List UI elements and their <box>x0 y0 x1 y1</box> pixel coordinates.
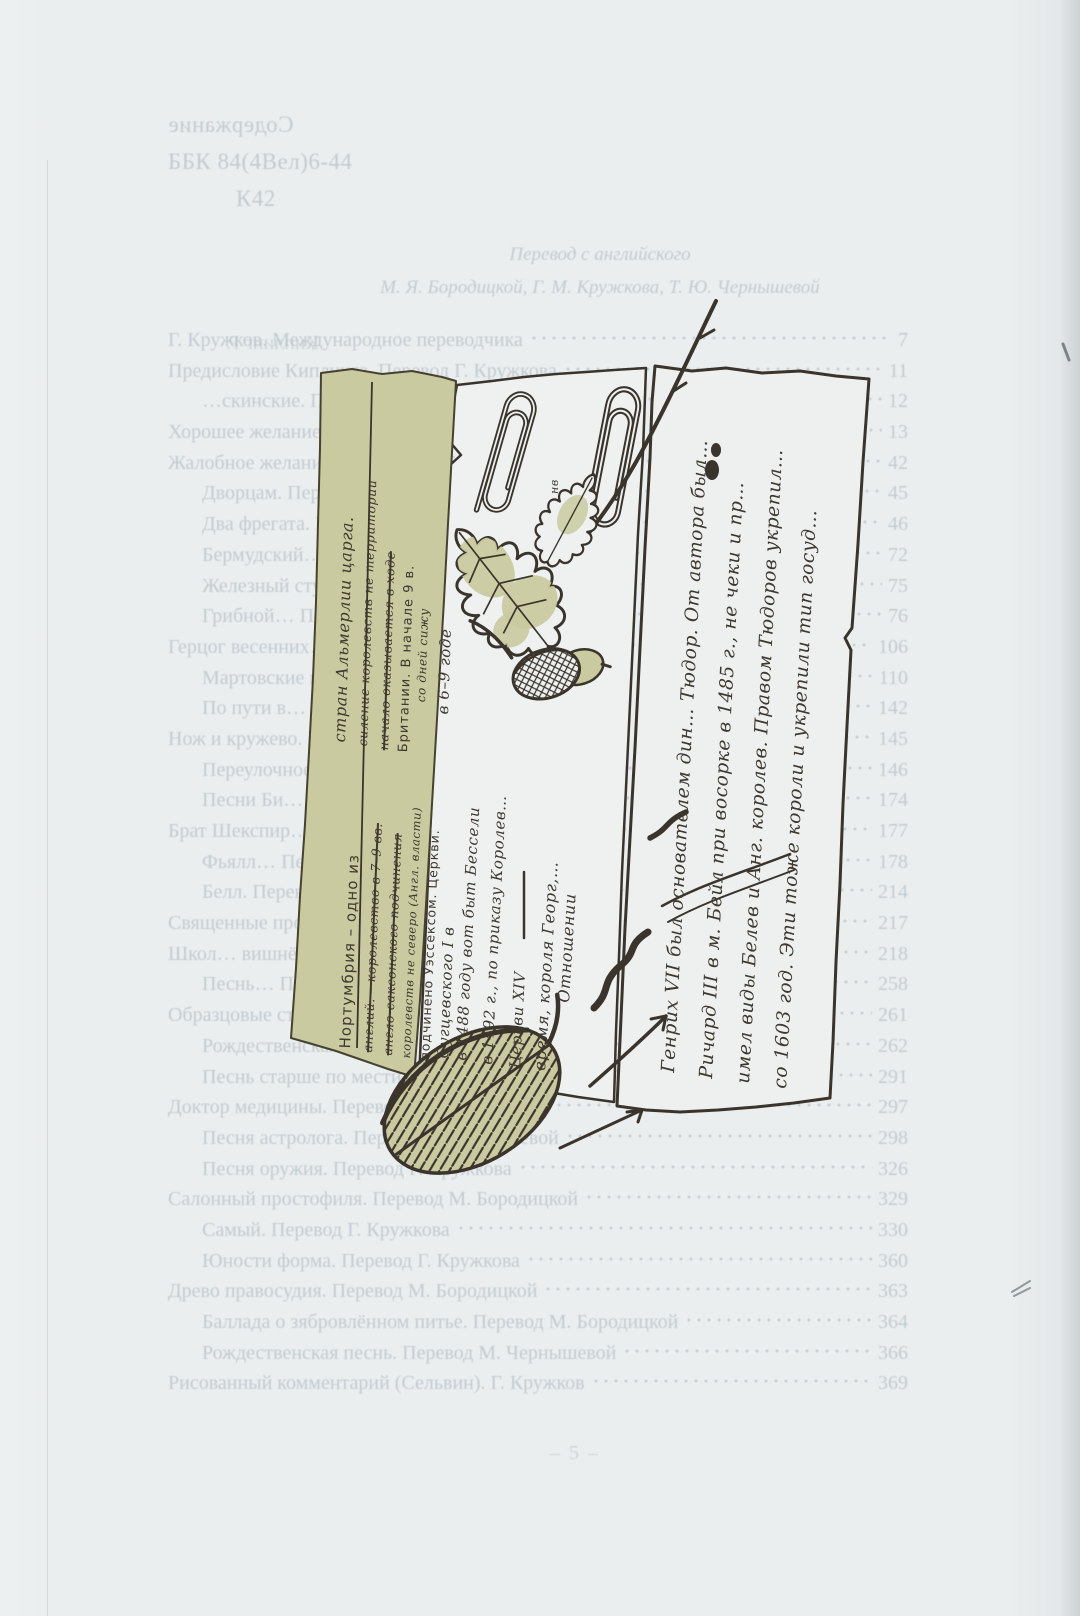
toc-page-number: 75 <box>888 575 908 598</box>
toc-ghost-row: Рисованный комментарий (Сельвин). Г. Кру… <box>168 1369 908 1400</box>
toc-dot-leader <box>563 357 883 377</box>
toc-page-number: 142 <box>878 697 908 720</box>
toc-entry-title: Песня астролога. Перевод Г. Чернышевой <box>202 1127 559 1150</box>
toc-ghost-row: Юности форма. Перевод Г. Кружкова 360 <box>168 1247 908 1278</box>
toc-dot-leader <box>591 1369 872 1389</box>
ghost-title-mirrored: Содержание <box>168 106 294 143</box>
handwritten-line: нв <box>548 454 561 494</box>
toc-ghost-row: Самый. Перевод Г. Кружкова 330 <box>168 1216 908 1247</box>
toc-ghost-row: Древо правосудия. Перевод М. Бородицкой … <box>168 1277 908 1308</box>
toc-page-number: 145 <box>878 728 908 751</box>
toc-page-number: 330 <box>878 1219 908 1242</box>
ghost-header-block: Содержание ББК 84(4Вел)6-44 К42 <box>168 106 353 217</box>
toc-entry-title: Доктор медицины. Перевод М. Бородицкой <box>168 1096 538 1119</box>
toc-page-number: 364 <box>878 1311 908 1334</box>
toc-page-number: 217 <box>878 912 908 935</box>
toc-page-number: 261 <box>878 1004 908 1027</box>
toc-ghost-row: Салонный простофиля. Перевод М. Бородицк… <box>168 1185 908 1216</box>
toc-ghost-row: Предисловие Киплинга. Перевод Г. Кружков… <box>168 357 908 388</box>
toc-ghost-row: …скинские. Перевод Г. Кружкова 12 <box>168 387 908 418</box>
toc-dot-leader <box>684 1308 872 1328</box>
toc-dot-leader <box>529 326 892 346</box>
scan-edge-marks <box>1012 344 1069 1296</box>
toc-entry-title: Песнь старше по мести весной… М. Бородиц… <box>202 1066 620 1089</box>
toc-ghost-row: Жалобное желание. Перевод М. Бородицкой … <box>168 449 908 480</box>
toc-ghost-row: Песня астролога. Перевод Г. Чернышевой 2… <box>168 1124 908 1155</box>
toc-entry-title: Песня оружия. Перевод Г. Кружкова <box>202 1158 512 1181</box>
toc-page-number: 42 <box>888 452 908 475</box>
toc-page-number: 297 <box>878 1096 908 1119</box>
toc-dot-leader <box>526 1247 872 1267</box>
scanned-book-page: Содержание ББК 84(4Вел)6-44 К42 Перевод … <box>0 0 1080 1616</box>
toc-page-number: 45 <box>888 482 908 505</box>
toc-dot-leader <box>544 1093 872 1113</box>
toc-page-number: 369 <box>878 1372 908 1395</box>
toc-page-number: 291 <box>878 1066 908 1089</box>
toc-dot-leader <box>622 1339 872 1359</box>
toc-ghost-row: Баллада о зябровлённом питье. Перевод М.… <box>168 1308 908 1339</box>
toc-ghost-row: Хорошее желание. Перевод Г. Кружкова 13 <box>168 418 908 449</box>
toc-ghost-row: Два фрегата. Перевод Г. Кружкова 46 <box>168 510 908 541</box>
toc-page-number: 46 <box>888 513 908 536</box>
ghost-subtitle-line: М. Я. Бородицкой, Г. М. Кружкова, Т. Ю. … <box>330 271 870 304</box>
toc-page-number: 146 <box>878 759 908 782</box>
toc-entry-title: Г. Кружков. Международное переводчика <box>168 329 523 352</box>
toc-page-number: 7 <box>898 329 908 352</box>
toc-page-number: 13 <box>888 421 908 444</box>
toc-page-number: 363 <box>878 1280 908 1303</box>
toc-page-number: 258 <box>878 973 908 996</box>
toc-page-number: 360 <box>878 1250 908 1273</box>
toc-dot-leader <box>553 449 882 469</box>
toc-dot-leader <box>543 1277 872 1297</box>
ghost-subtitle-line: Перевод с английского <box>330 238 870 271</box>
toc-dot-leader <box>584 1185 872 1205</box>
toc-dot-leader <box>518 1155 872 1175</box>
toc-entry-title: Древо правосудия. Перевод М. Бородицкой <box>168 1280 537 1303</box>
toc-dot-leader <box>605 664 873 684</box>
page-number: – 5 – <box>500 1442 650 1465</box>
toc-page-number: 218 <box>878 943 908 966</box>
toc-page-number: 76 <box>888 605 908 628</box>
toc-page-number: 262 <box>878 1035 908 1058</box>
toc-entry-title: Рождественская песнь. Перевод М. Черныше… <box>202 1342 616 1365</box>
ghost-bbk-code: ББК 84(4Вел)6-44 <box>168 143 353 180</box>
toc-ghost-row: Доктор медицины. Перевод М. Бородицкой 2… <box>168 1093 908 1124</box>
toc-page-number: 110 <box>879 667 908 690</box>
toc-page-number: 72 <box>888 544 908 567</box>
toc-page-number: 214 <box>878 881 908 904</box>
toc-ghost-row: Г. Кружков. Международное переводчика 7 <box>168 326 908 357</box>
toc-page-number: 177 <box>878 820 908 843</box>
toc-ghost-row: Песня оружия. Перевод Г. Кружкова 326 <box>168 1155 908 1186</box>
toc-entry-title: Предисловие Киплинга. Перевод Г. Кружков… <box>168 360 557 383</box>
toc-ghost-row: Дворцам. Перевод Г. Кружкова 45 <box>168 479 908 510</box>
toc-dot-leader <box>565 1124 872 1144</box>
toc-page-number: 326 <box>878 1158 908 1181</box>
toc-entry-title: Салонный простофиля. Перевод М. Бородицк… <box>168 1188 578 1211</box>
ghost-k-code: К42 <box>168 180 353 217</box>
toc-page-number: 366 <box>878 1342 908 1365</box>
toc-page-number: 329 <box>878 1188 908 1211</box>
toc-ghost-row: Рождественская песнь. Перевод М. Черныше… <box>168 1339 908 1370</box>
toc-page-number: 178 <box>878 851 908 874</box>
toc-entry-title: Рисованный комментарий (Сельвин). Г. Кру… <box>168 1372 585 1395</box>
toc-page-number: 174 <box>878 789 908 812</box>
toc-page-number: 11 <box>889 360 908 383</box>
toc-page-number: 298 <box>878 1127 908 1150</box>
ghost-subtitle-block: Перевод с английского М. Я. Бородицкой, … <box>330 238 870 304</box>
toc-page-number: 106 <box>878 636 908 659</box>
toc-dot-leader <box>407 1001 872 1021</box>
toc-dot-leader <box>580 909 872 929</box>
toc-dot-leader <box>456 1216 872 1236</box>
toc-entry-title: Юности форма. Перевод Г. Кружкова <box>202 1250 520 1273</box>
page-crease <box>47 160 48 1616</box>
toc-page-number: 12 <box>888 390 908 413</box>
toc-dot-leader <box>495 387 882 407</box>
toc-entry-title: Баллада о зябровлённом питье. Перевод М.… <box>202 1311 678 1334</box>
toc-entry-title: Самый. Перевод Г. Кружкова <box>202 1219 450 1242</box>
